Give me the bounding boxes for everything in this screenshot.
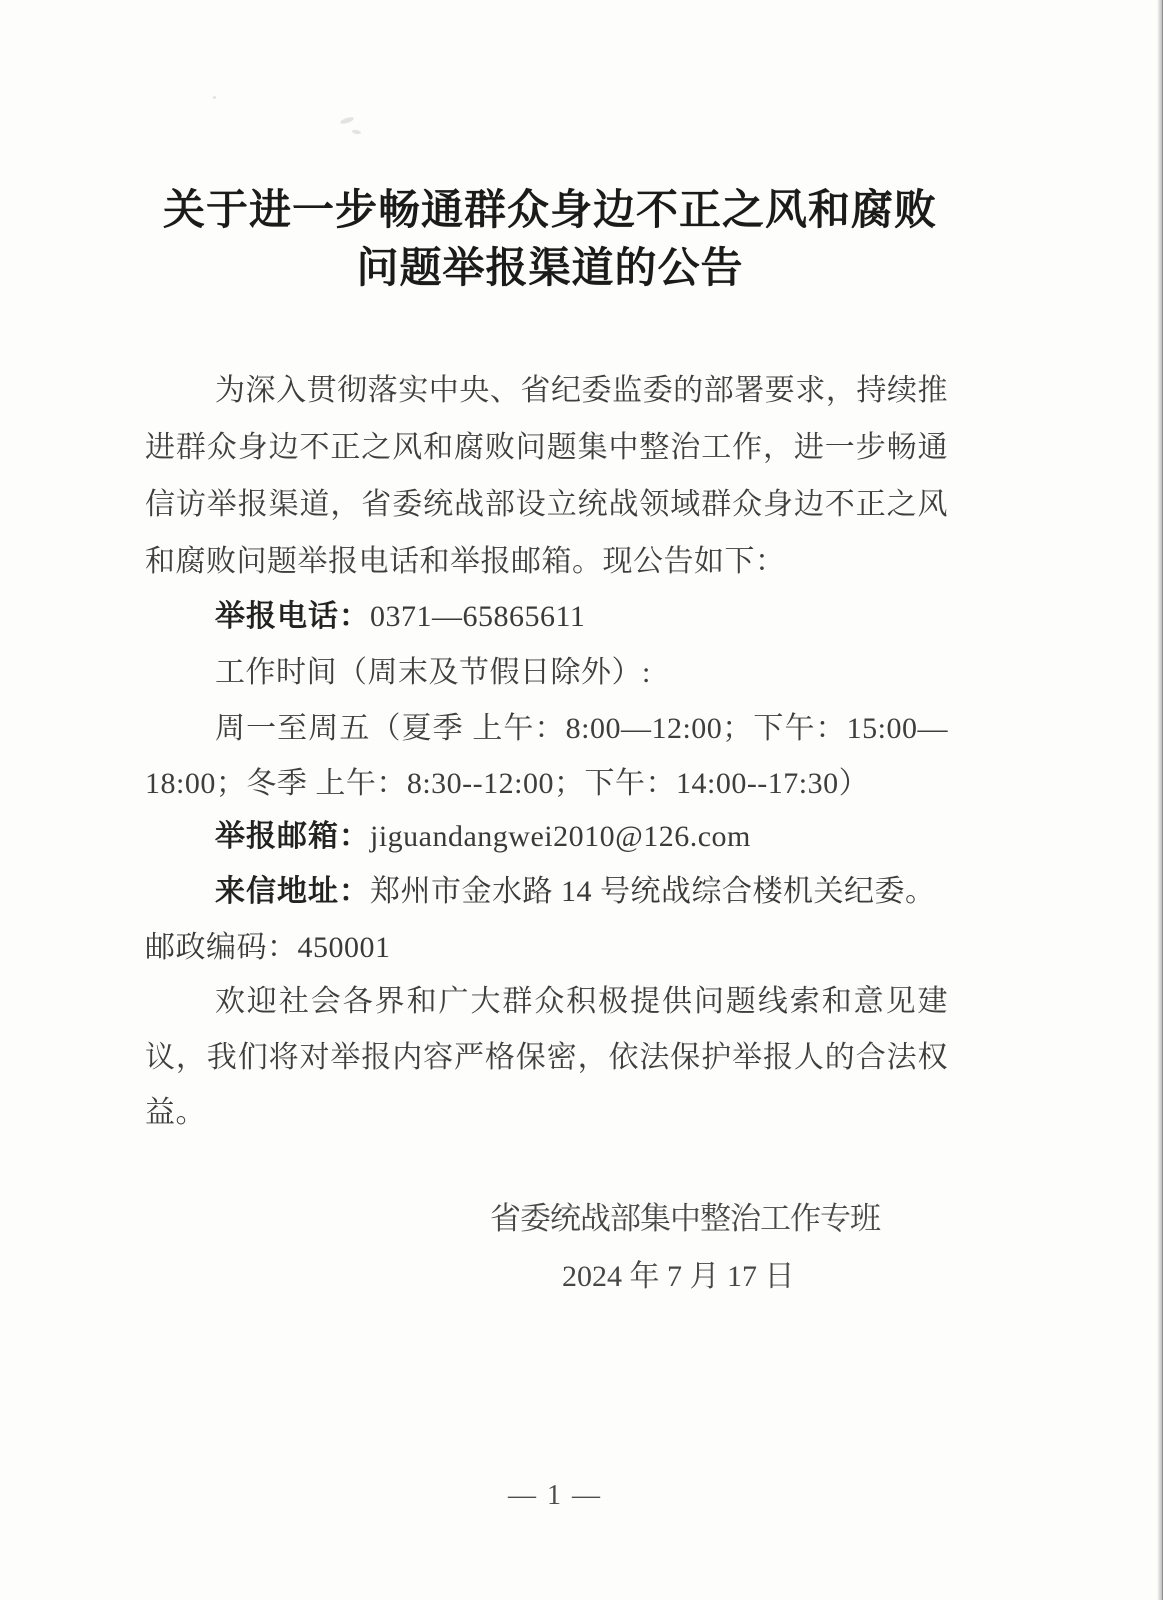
- intro-line-2: 进群众身边不正之风和腐败问题集中整治工作，进一步畅通: [145, 427, 948, 469]
- postcode-value: 450001: [298, 931, 391, 964]
- closing-line-1: 欢迎社会各界和广大群众积极提供问题线索和意见建: [145, 981, 948, 1023]
- postcode-label: 邮政编码：: [145, 931, 298, 964]
- scan-artifact-smudge: [340, 116, 355, 125]
- scan-artifact-smudge-2: [352, 129, 362, 135]
- intro-line-3: 信访举报渠道，省委统战部设立统战领域群众身边不正之风: [145, 484, 948, 526]
- scan-edge-shadow: [1157, 0, 1163, 1600]
- page-number: — 1 —: [0, 1480, 1110, 1512]
- address-label: 来信地址：: [215, 875, 370, 908]
- email-label: 举报邮箱：: [215, 820, 370, 853]
- address-value: 郑州市金水路 14 号统战综合楼机关纪委。: [370, 875, 936, 908]
- title-line-1: 关于进一步畅通群众身边不正之风和腐败: [0, 184, 1100, 238]
- email-address: jiguandangwei2010@126.com: [370, 820, 751, 853]
- worktime-line-2: 18:00；冬季 上午：8:30--12:00；下午：14:00--17:30）: [145, 763, 948, 805]
- email-line: 举报邮箱：jiguandangwei2010@126.com: [145, 816, 948, 858]
- intro-line-4: 和腐败问题举报电话和举报邮箱。现公告如下：: [145, 541, 948, 583]
- worktime-heading: 工作时间（周末及节假日除外）:: [145, 652, 948, 694]
- hotline-number: 0371—65865611: [370, 600, 585, 633]
- address-line: 来信地址：郑州市金水路 14 号统战综合楼机关纪委。: [145, 871, 948, 913]
- closing-line-2: 议，我们将对举报内容严格保密，依法保护举报人的合法权: [145, 1037, 948, 1079]
- scan-artifact-dot: [213, 96, 216, 99]
- worktime-line-1: 周一至周五（夏季 上午：8:00—12:00；下午：15:00—: [145, 708, 948, 750]
- closing-line-3: 益。: [145, 1092, 948, 1134]
- signature-date: 2024 年 7 月 17 日: [562, 1256, 795, 1298]
- document-page: 关于进一步畅通群众身边不正之风和腐败 问题举报渠道的公告 为深入贯彻落实中央、省…: [0, 0, 1163, 1600]
- hotline-line: 举报电话：0371—65865611: [145, 596, 948, 638]
- title-line-2: 问题举报渠道的公告: [0, 242, 1100, 296]
- signature-organization: 省委统战部集中整治工作专班: [490, 1198, 880, 1240]
- hotline-label: 举报电话：: [215, 600, 370, 633]
- postcode-line: 邮政编码：450001: [145, 927, 948, 969]
- intro-line-1: 为深入贯彻落实中央、省纪委监委的部署要求，持续推: [145, 370, 948, 412]
